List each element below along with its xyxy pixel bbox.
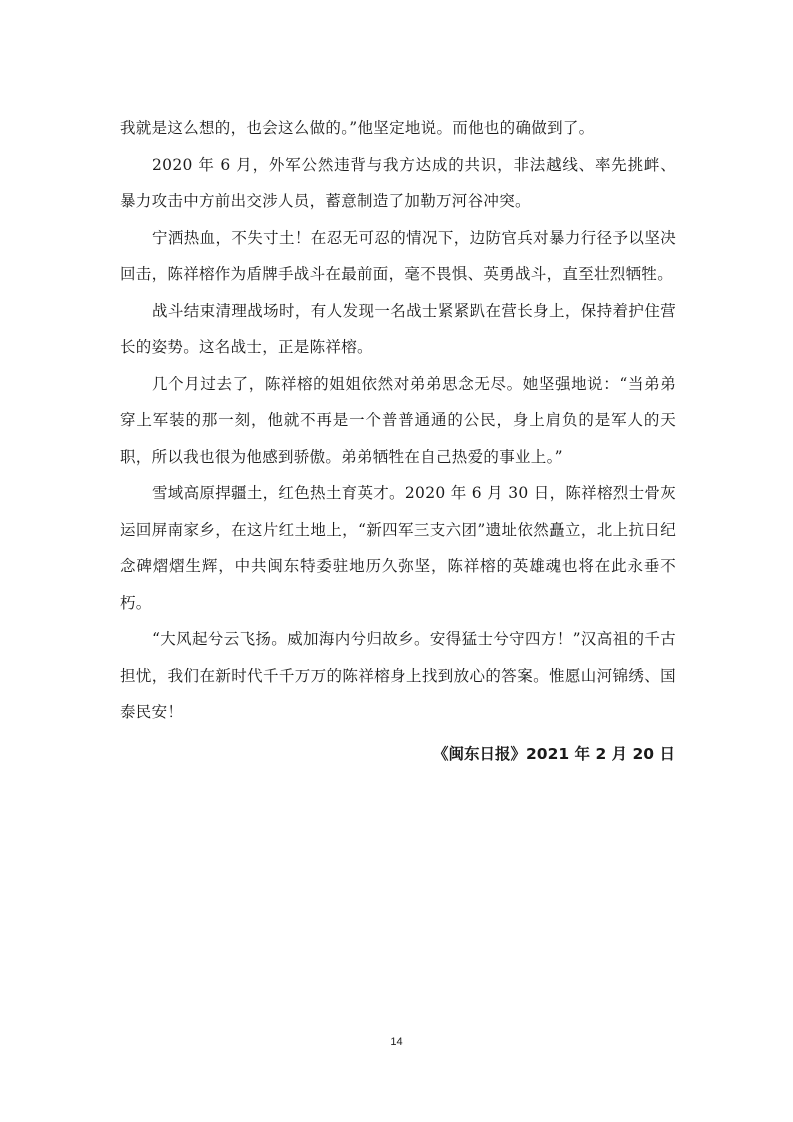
- paragraph-7: “大风起兮云飞扬。威加海内兮归故乡。安得猛士兮守四方！”汉高祖的千古担忧，我们在…: [120, 621, 676, 731]
- document-body: 我就是这么想的，也会这么做的。”他坚定地说。而他也的确做到了。 2020 年 6…: [120, 110, 676, 731]
- paragraph-6: 雪域高原捍疆土，红色热土育英才。2020 年 6 月 30 日，陈祥榕烈士骨灰运…: [120, 475, 676, 621]
- page-number: 14: [0, 1036, 793, 1048]
- source-citation: 《闽东日报》2021 年 2 月 20 日: [433, 742, 675, 764]
- paragraph-5: 几个月过去了，陈祥榕的姐姐依然对弟弟思念无尽。她坚强地说：“当弟弟穿上军装的那一…: [120, 366, 676, 476]
- paragraph-4: 战斗结束清理战场时，有人发现一名战士紧紧趴在营长身上，保持着护住营长的姿势。这名…: [120, 293, 676, 366]
- paragraph-1: 我就是这么想的，也会这么做的。”他坚定地说。而他也的确做到了。: [120, 110, 676, 147]
- paragraph-3: 宁洒热血，不失寸土！在忍无可忍的情况下，边防官兵对暴力行径予以坚决回击，陈祥榕作…: [120, 220, 676, 293]
- paragraph-2: 2020 年 6 月，外军公然违背与我方达成的共识，非法越线、率先挑衅、暴力攻击…: [120, 147, 676, 220]
